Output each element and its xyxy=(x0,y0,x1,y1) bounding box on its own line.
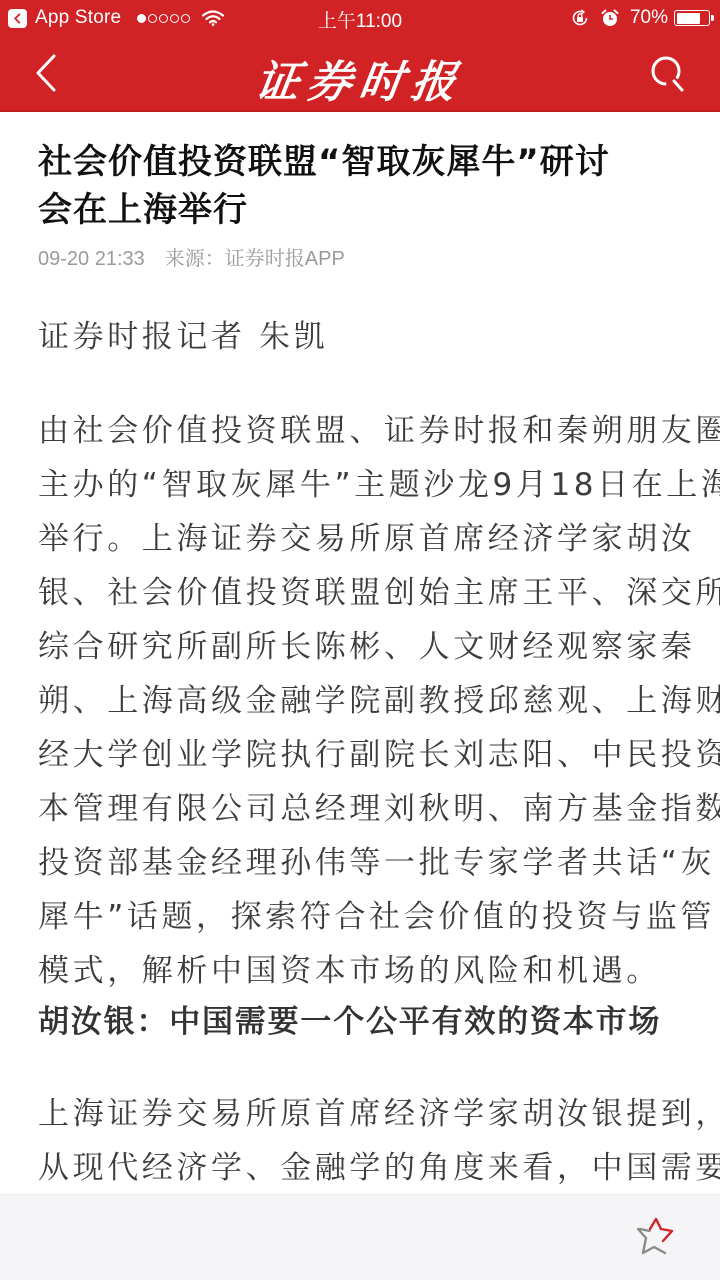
nav-bar: 证券时报 xyxy=(0,36,720,112)
paragraph-line: 模式，解析中国资本市场的风险和机遇。 xyxy=(38,944,698,998)
paragraph-line: 主办的“智取灰犀牛”主题沙龙9月18日在上海 xyxy=(38,458,698,512)
star-icon xyxy=(630,1215,678,1261)
bottom-toolbar xyxy=(0,1194,720,1280)
article-title: 社会价值投资联盟“智取灰犀牛”研讨 会在上海举行 xyxy=(38,138,688,234)
title-line: 社会价值投资联盟“智取灰犀牛”研讨 xyxy=(38,138,688,186)
article-subheading: 胡汝银：中国需要一个公平有效的资本市场 xyxy=(38,995,698,1049)
paragraph-line: 举行。上海证券交易所原首席经济学家胡汝 xyxy=(38,512,698,566)
battery-percent: 70% xyxy=(630,7,668,29)
paragraph-line: 由社会价值投资联盟、证券时报和秦朔朋友圈 xyxy=(38,404,698,458)
article-paragraph: 由社会价值投资联盟、证券时报和秦朔朋友圈 主办的“智取灰犀牛”主题沙龙9月18日… xyxy=(38,404,698,998)
status-bar: App Store 上午11:00 xyxy=(0,0,720,36)
status-right: 70% xyxy=(570,6,710,30)
orientation-lock-icon xyxy=(570,8,590,28)
paragraph-line: 经大学创业学院执行副院长刘志阳、中民投资 xyxy=(38,728,698,782)
article-byline: 证券时报记者 朱凯 xyxy=(38,310,698,364)
paragraph-line: 犀牛”话题，探索符合社会价值的投资与监管 xyxy=(38,890,698,944)
article-source: 来源：证券时报APP xyxy=(165,248,345,270)
paragraph-line: 从现代经济学、金融学的角度来看，中国需要 xyxy=(38,1141,698,1195)
top-bar: App Store 上午11:00 xyxy=(0,0,720,112)
battery-icon xyxy=(674,10,710,26)
paragraph-line: 综合研究所副所长陈彬、人文财经观察家秦 xyxy=(38,620,698,674)
search-button[interactable] xyxy=(646,52,690,96)
paragraph-line: 本管理有限公司总经理刘秋明、南方基金指数 xyxy=(38,782,698,836)
header-divider xyxy=(0,110,720,112)
alarm-icon xyxy=(600,8,620,28)
paragraph-line: 朔、上海高级金融学院副教授邱慈观、上海财 xyxy=(38,674,698,728)
title-line: 会在上海举行 xyxy=(38,186,688,234)
search-icon xyxy=(649,54,687,94)
paragraph-line: 上海证券交易所原首席经济学家胡汝银提到， xyxy=(38,1087,698,1141)
paragraph-line: 投资部基金经理孙伟等一批专家学者共话“灰 xyxy=(38,836,698,890)
app-logo: 证券时报 xyxy=(0,46,720,110)
article-datetime: 09-20 21:33 xyxy=(38,248,145,270)
favorite-button[interactable] xyxy=(628,1213,680,1263)
paragraph-line: 银、社会价值投资联盟创始主席王平、深交所 xyxy=(38,566,698,620)
article-paragraph: 上海证券交易所原首席经济学家胡汝银提到， 从现代经济学、金融学的角度来看，中国需… xyxy=(38,1087,698,1195)
article-meta: 09-20 21:33来源：证券时报APP xyxy=(38,242,345,271)
